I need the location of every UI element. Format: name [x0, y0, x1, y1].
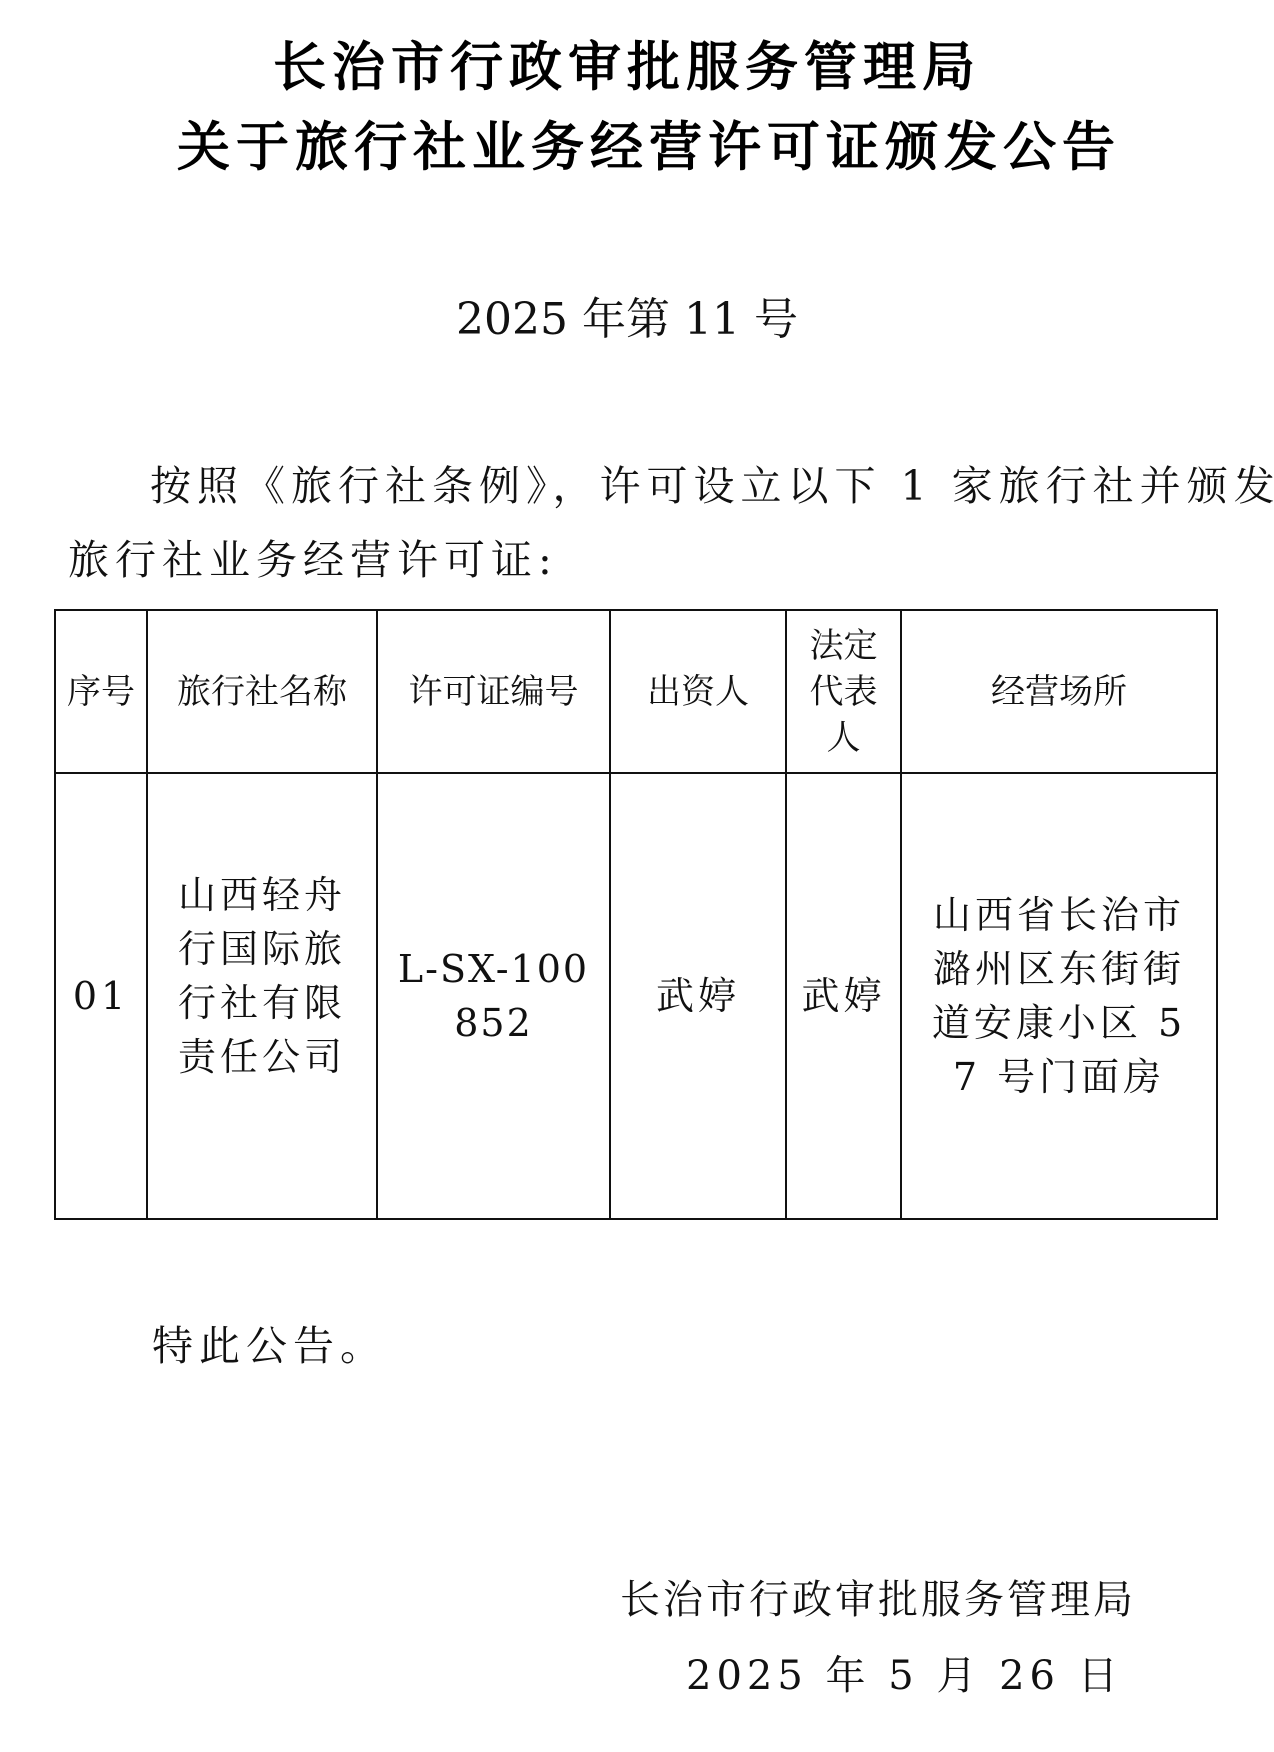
address-text: 山西省长治市潞州区东街街道安康小区 57 号门面房 [924, 888, 1194, 1104]
document-number: 2025 年第 11 号 [0, 292, 1264, 348]
title-issuer: 长治市行政审批服务管理局 [0, 38, 1264, 98]
header-address: 经营场所 [901, 610, 1217, 773]
table-header-row: 序号 旅行社名称 许可证编号 出资人 法定代表人 经营场所 [55, 610, 1217, 773]
table-row: 01 山西轻舟行国际旅行社有限责任公司 L-SX-100852 武婷 武婷 山西… [55, 773, 1217, 1219]
header-seq: 序号 [55, 610, 147, 773]
title-subject: 关于旅行社业务经营许可证颁发公告 [12, 118, 1274, 178]
agency-name-text: 山西轻舟行国际旅行社有限责任公司 [172, 868, 352, 1084]
intro-paragraph-line-1: 按照《旅行社条例》，许可设立以下 1 家旅行社并颁发 [150, 458, 1274, 514]
cell-investor: 武婷 [610, 773, 786, 1219]
header-license-number: 许可证编号 [377, 610, 610, 773]
cell-seq: 01 [55, 773, 147, 1219]
license-number-text: L-SX-100852 [394, 942, 594, 1050]
header-legal-representative: 法定代表人 [786, 610, 901, 773]
header-investor: 出资人 [610, 610, 786, 773]
cell-legal-representative: 武婷 [786, 773, 901, 1219]
cell-license-number: L-SX-100852 [377, 773, 610, 1219]
cell-address: 山西省长治市潞州区东街街道安康小区 57 号门面房 [901, 773, 1217, 1219]
cell-agency-name: 山西轻舟行国际旅行社有限责任公司 [147, 773, 377, 1219]
license-table: 序号 旅行社名称 许可证编号 出资人 法定代表人 经营场所 01 山西轻舟行国际… [54, 609, 1218, 1220]
intro-paragraph-line-2: 旅行社业务经营许可证: [68, 532, 558, 588]
signature-date: 2025 年 5 月 26 日 [686, 1648, 1123, 1704]
signer-organization: 长治市行政审批服务管理局 [620, 1572, 1136, 1628]
header-agency-name: 旅行社名称 [147, 610, 377, 773]
closing-statement: 特此公告。 [152, 1318, 387, 1374]
header-legal-representative-label: 法定代表人 [799, 623, 889, 761]
